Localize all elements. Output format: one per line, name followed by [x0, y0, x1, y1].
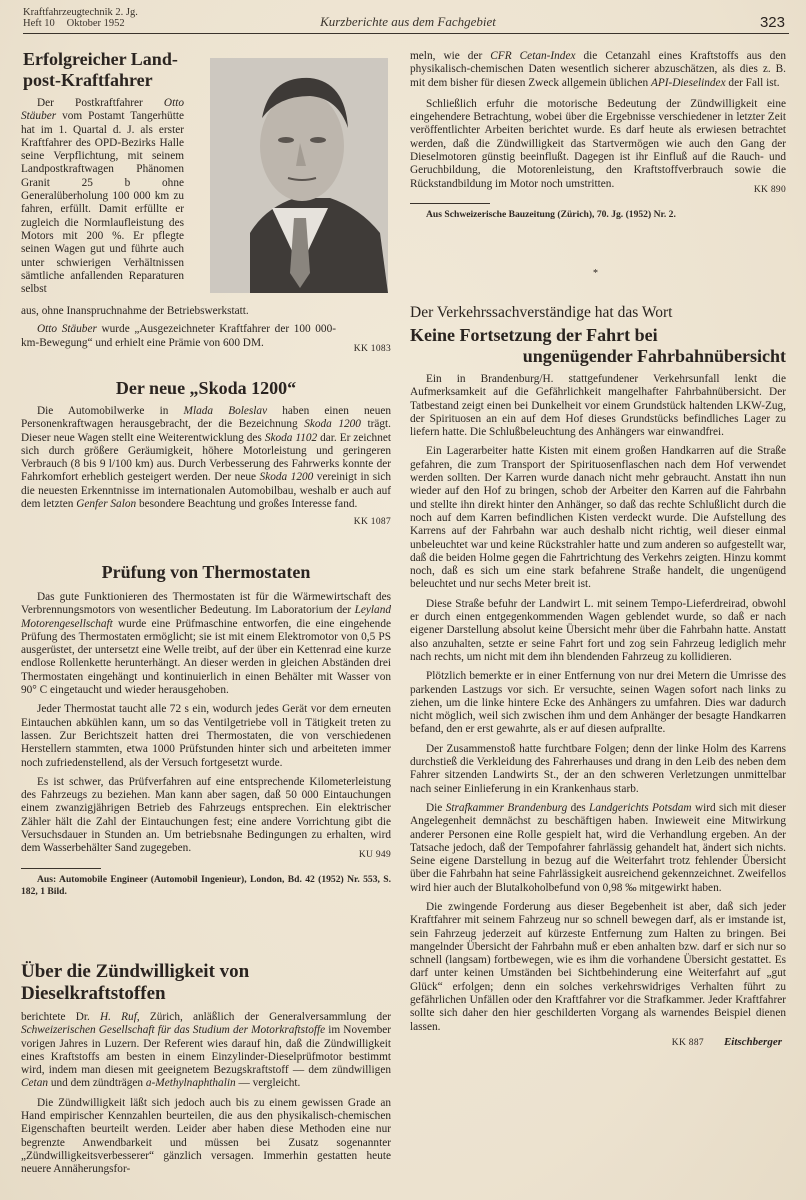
portrait-photo	[210, 58, 388, 293]
italic-run: Skoda 1200	[260, 471, 314, 483]
italic-run: Otto Stäuber	[37, 323, 97, 335]
italic-run: H. Ruf	[100, 1011, 137, 1023]
italic-run: Cetan	[21, 1077, 48, 1089]
article-diesel: Über die Zündwilligkeit von Dieselkrafts…	[21, 961, 391, 1183]
paragraph: Die zwingende Forderung aus dieser Begeb…	[410, 901, 786, 1034]
article-verkehr: Der Verkehrssachverständige hat das Wort…	[410, 303, 786, 1048]
article-thermostat: Prüfung von Thermostaten Das gute Funkti…	[21, 562, 391, 898]
article-title-line2: ungenügender Fahrbahnübersicht	[410, 346, 786, 367]
source-note: Aus Schweizerische Bauzeitung (Zürich), …	[410, 209, 786, 221]
text-run: berichtete Dr.	[21, 1011, 100, 1023]
italic-run: Genfer Salon	[76, 498, 136, 510]
text-run: der Fall ist.	[726, 77, 780, 89]
text-run: meln, wie der	[410, 50, 490, 62]
text-run: Das gute Funktionieren des Thermostaten …	[21, 591, 391, 616]
italic-run: Landgerichts Potsdam	[589, 802, 692, 814]
italic-run: API-Dieselindex	[651, 77, 726, 89]
paragraph: Der Postkraftfahrer Otto Stäuber vom Pos…	[21, 97, 184, 296]
text-run: wird sich mit dieser Angelegenheit demnä…	[410, 802, 786, 894]
paragraph: Schließlich erfuhr die motorische Bedeut…	[410, 98, 786, 191]
article-body-wide: aus, ohne Inanspruchnahme der Betriebswe…	[21, 305, 391, 356]
text-run: Die Automobilwerke in	[37, 405, 184, 417]
article-skoda: Der neue „Skoda 1200“ Die Automobilwerke…	[21, 378, 391, 529]
article-title: Über die Zündwilligkeit von Dieselkrafts…	[21, 961, 391, 1005]
text-run: und dem zündträgen	[48, 1077, 146, 1089]
article-diesel-continued: meln, wie der CFR Cetan-Index die Cetanz…	[410, 50, 786, 221]
section-title: Kurzberichte aus dem Fachgebiet	[0, 14, 806, 30]
paragraph: aus, ohne Inanspruchnahme der Betriebswe…	[21, 305, 391, 318]
paragraph: Die Zündwilligkeit läßt sich jedoch auch…	[21, 1097, 391, 1177]
paragraph: Ein in Brandenburg/H. stattgefundener Ve…	[410, 373, 786, 439]
paragraph: Der Zusammenstoß hatte furchtbare Folgen…	[410, 743, 786, 796]
text-run: vom Postamt Tangerhütte hat im 1. Quarta…	[21, 110, 184, 295]
paragraph: Die Strafkammer Brandenburg des Landgeri…	[410, 802, 786, 895]
paragraph: Das gute Funktionieren des Thermostaten …	[21, 591, 391, 697]
header-rule	[23, 33, 789, 34]
text-run: Der Postkraftfahrer	[37, 97, 164, 109]
text-run: , Zürich, anläßlich der Generalversammlu…	[137, 1011, 391, 1023]
source-note: Aus: Automobile Engineer (Automobil Inge…	[21, 874, 391, 898]
article-postfahrer: Erfolgreicher Land-post-Kraftfahrer Der …	[21, 40, 391, 345]
italic-run: Strafkammer Brandenburg	[446, 802, 568, 814]
article-kicker: Der Verkehrssachverständige hat das Wort	[410, 303, 786, 322]
magazine-page: Kraftfahrzeugtechnik 2. Jg. Heft 10 Okto…	[0, 0, 806, 1200]
article-author: Eitschberger	[724, 1036, 782, 1048]
paragraph: Diese Straße befuhr der Landwirt L. mit …	[410, 598, 786, 664]
article-code: KU 949	[359, 850, 391, 860]
source-rule	[410, 203, 490, 204]
article-code: KK 890	[754, 185, 786, 195]
article-code: KK 1087	[354, 517, 391, 527]
article-code: KK 887	[672, 1038, 704, 1048]
article-title: Der neue „Skoda 1200“	[21, 378, 391, 399]
italic-run: Skoda 1200	[304, 418, 361, 430]
paragraph: meln, wie der CFR Cetan-Index die Cetanz…	[410, 50, 786, 90]
page-number: 323	[760, 14, 785, 31]
article-title: Erfolgreicher Land-post-Kraftfahrer	[23, 49, 203, 91]
source-rule	[21, 868, 101, 869]
article-body-narrow: Der Postkraftfahrer Otto Stäuber vom Pos…	[21, 97, 184, 302]
left-column: Erfolgreicher Land-post-Kraftfahrer Der …	[21, 40, 391, 345]
italic-run: CFR Cetan-Index	[490, 50, 575, 62]
article-code: KK 1083	[354, 344, 391, 354]
article-title-line1: Keine Fortsetzung der Fahrt bei	[410, 325, 786, 346]
article-title: Prüfung von Thermostaten	[21, 562, 391, 583]
paragraph: Jeder Thermostat taucht alle 72 s ein, w…	[21, 703, 391, 769]
paragraph: Plötzlich bemerkte er in einer Entfernun…	[410, 670, 786, 736]
paragraph: Ein Lagerarbeiter hatte Kisten mit einem…	[410, 445, 786, 591]
separator-asterisk: *	[593, 268, 598, 279]
paragraph: Die Automobilwerke in Mlada Boleslav hab…	[21, 405, 391, 511]
italic-run: Mlada Boleslav	[184, 405, 268, 417]
italic-run: a-Methylnaphthalin	[146, 1077, 236, 1089]
text-run: — vergleicht.	[236, 1077, 301, 1089]
paragraph: berichtete Dr. H. Ruf, Zürich, anläßlich…	[21, 1011, 391, 1091]
paragraph: Otto Stäuber wurde „Ausgezeichneter Kraf…	[21, 323, 336, 350]
article-signature: KK 887 Eitschberger	[410, 1036, 786, 1048]
text-run: besondere Beachtung und großes Interesse…	[136, 498, 357, 510]
italic-run: Skoda 1102	[265, 432, 317, 444]
text-run: des	[567, 802, 589, 814]
text-run: Die	[426, 802, 446, 814]
italic-run: Schweizerischen Gesellschaft für das Stu…	[21, 1024, 325, 1036]
